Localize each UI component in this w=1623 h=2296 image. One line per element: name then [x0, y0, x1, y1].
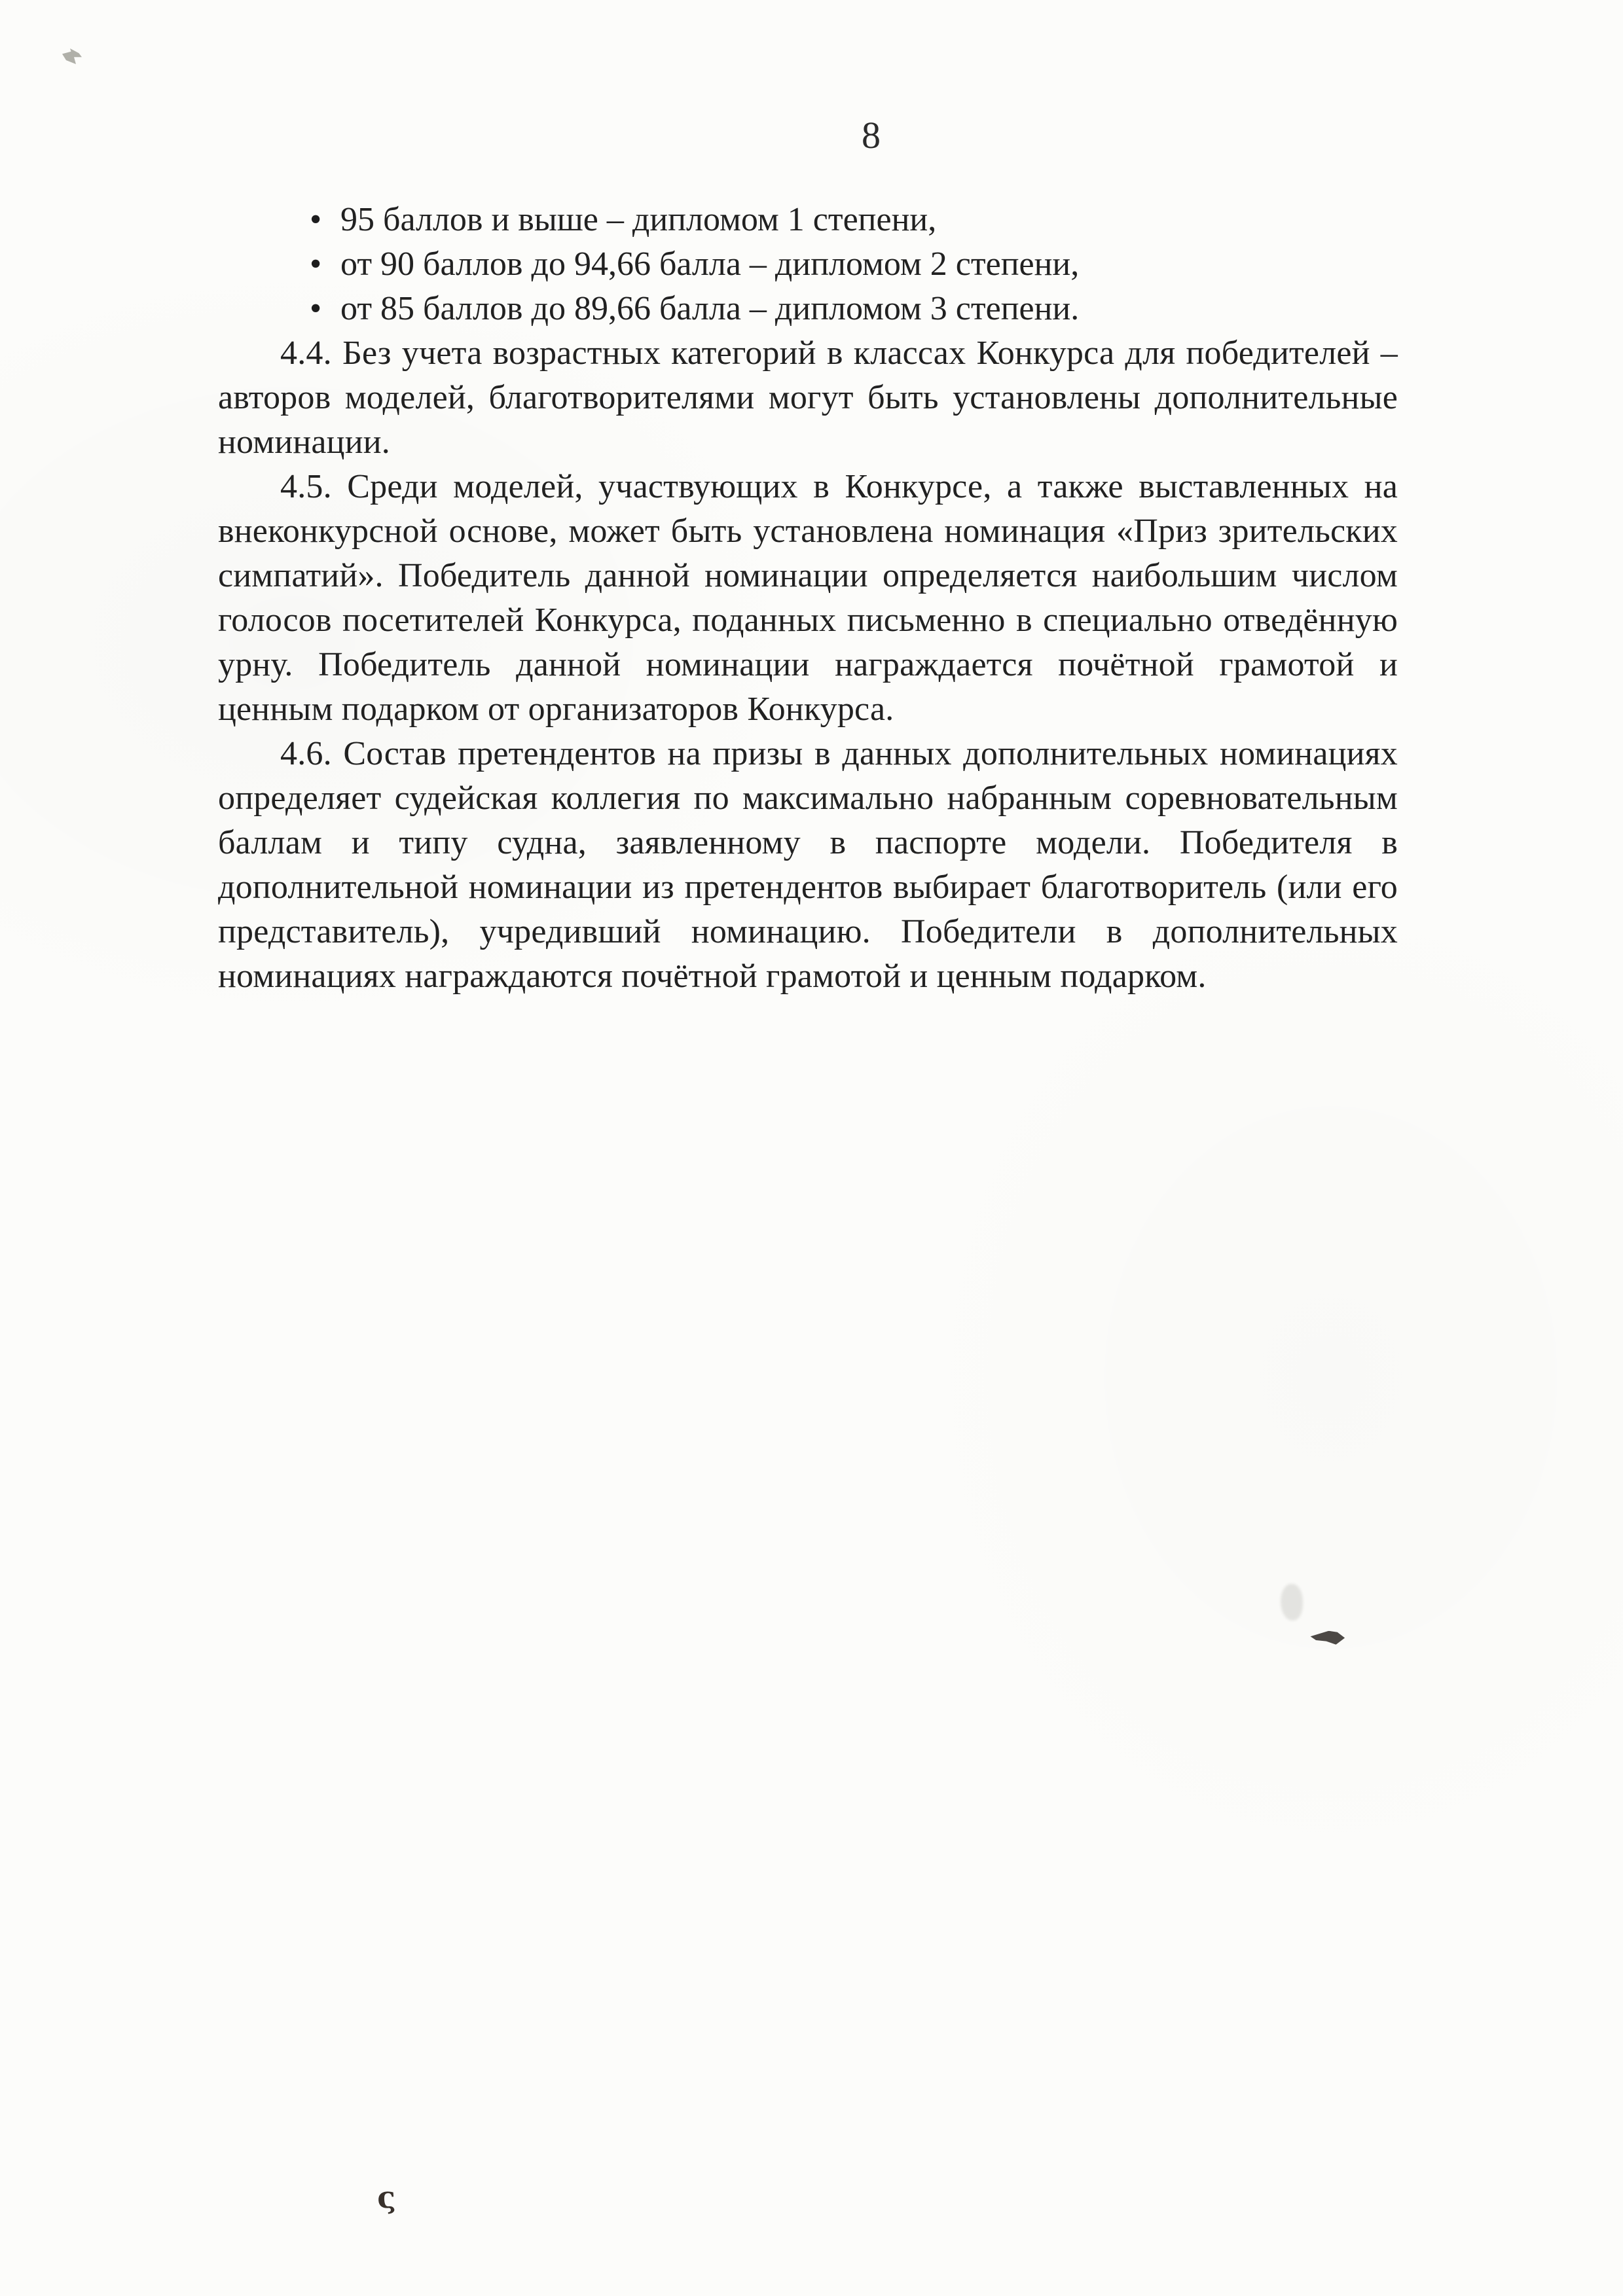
list-item-diploma-1: 95 баллов и выше – дипломом 1 степени, [218, 198, 1398, 242]
scan-mark-bottom-glyph: ς [376, 2181, 396, 2213]
document-text-block: 95 баллов и выше – дипломом 1 степени, о… [218, 198, 1398, 999]
diploma-score-bullet-list: 95 баллов и выше – дипломом 1 степени, о… [218, 198, 1398, 331]
paragraph-4-4: 4.4. Без учета возрастных категорий в кл… [218, 331, 1398, 465]
paragraph-4-6: 4.6. Состав претендентов на призы в данн… [218, 732, 1398, 999]
scanned-document-page: { "page": { "number": "8" }, "bullet_lis… [0, 0, 1623, 2296]
scan-speck-comet [1310, 1629, 1345, 1647]
list-item-diploma-3: от 85 баллов до 89,66 балла – дипломом 3… [218, 287, 1398, 331]
page-number: 8 [862, 117, 881, 154]
scan-smudge-faint [1281, 1584, 1303, 1621]
list-item-diploma-2: от 90 баллов до 94,66 балла – дипломом 2… [218, 242, 1398, 287]
paragraph-4-5: 4.5. Среди моделей, участвующих в Конкур… [218, 465, 1398, 732]
scan-speck-top-left [62, 48, 82, 64]
